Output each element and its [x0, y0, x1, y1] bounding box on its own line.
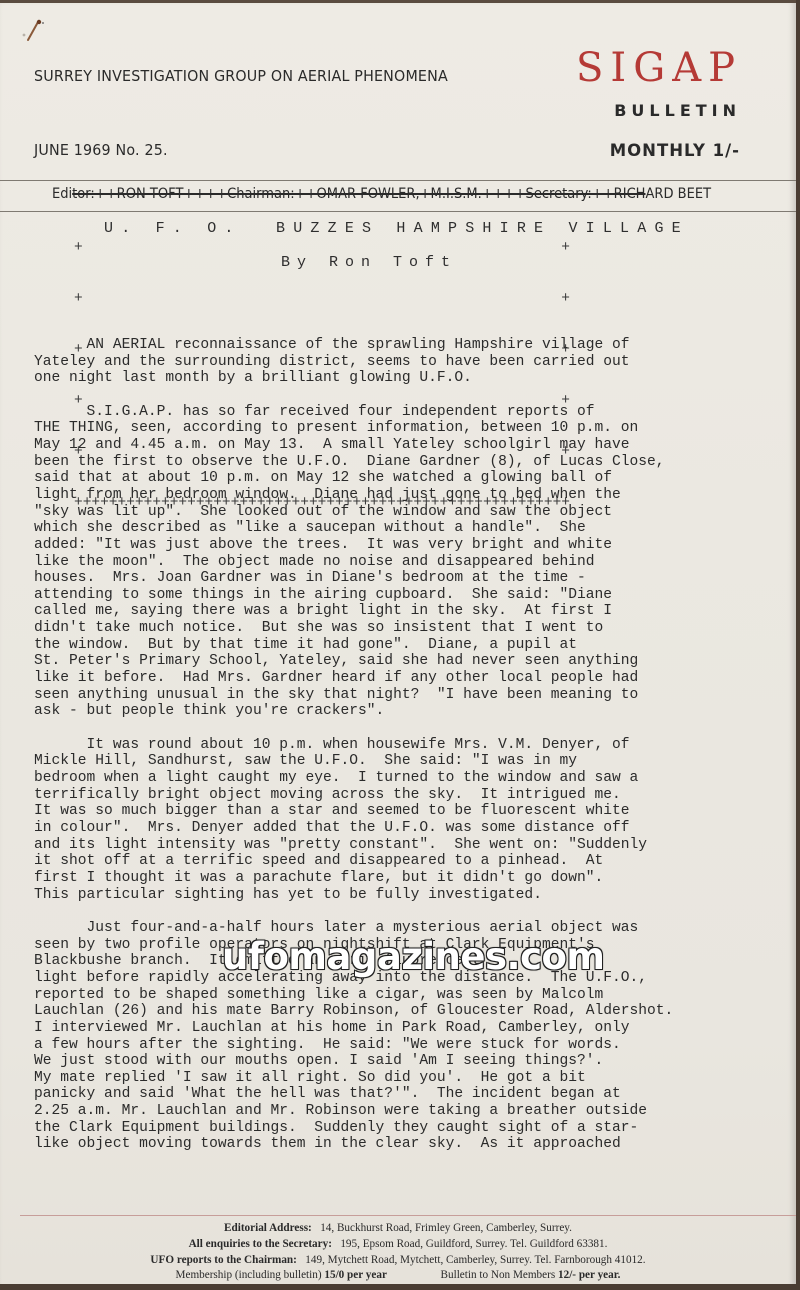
nonmember-text: Bulletin to Non Members: [441, 1269, 556, 1281]
bulletin-page: SURREY INVESTIGATION GROUP ON AERIAL PHE…: [0, 0, 796, 1290]
article-body: AN AERIAL reconnaissance of the sprawlin…: [34, 337, 774, 1170]
officers-struck-text: tor:++RON TOFT++++Chairman:++OMAR FOWLER…: [72, 186, 645, 202]
editor-label: Edi: [52, 186, 72, 202]
secretary-name-tail: ARD BEET: [645, 186, 711, 202]
membership-text: Membership (including bulletin): [176, 1269, 322, 1281]
article-headline: U. F. O. BUZZES HAMPSHIRE VILLAGE: [104, 220, 689, 237]
footer-label: All enquiries to the Secretary:: [189, 1238, 332, 1250]
footer-label: Editorial Address:: [224, 1222, 312, 1234]
bulletin-subtitle: BULLETIN: [614, 101, 741, 120]
nonmember-fee: 12/- per year.: [558, 1269, 620, 1281]
page-top-edge: [0, 0, 800, 3]
ink-stain-mark: [20, 18, 46, 46]
article-paragraph: S.I.G.A.P. has so far received four inde…: [34, 404, 774, 720]
article-paragraph: AN AERIAL reconnaissance of the sprawlin…: [34, 337, 774, 387]
footer-line-secretary: All enquiries to the Secretary: 195, Eps…: [0, 1237, 796, 1253]
footer-label: UFO reports to the Chairman:: [150, 1254, 296, 1266]
membership-fee: 15/0 per year: [324, 1269, 387, 1281]
officers-line: Editor:++RON TOFT++++Chairman:++OMAR FOW…: [52, 186, 711, 202]
page-right-edge: [796, 0, 800, 1290]
footer-text: 149, Mytchett Road, Mytchett, Camberley,…: [305, 1254, 645, 1266]
footer-text: 195, Epsom Road, Guildford, Surrey. Tel.…: [340, 1238, 607, 1250]
footer-line-editorial: Editorial Address: 14, Buckhurst Road, F…: [0, 1221, 796, 1237]
website-watermark: ufomagazines.com: [222, 938, 604, 975]
footer-divider: [20, 1215, 796, 1216]
price-label: MONTHLY 1/-: [610, 141, 740, 160]
article-byline: By Ron Toft: [281, 254, 457, 271]
organization-name: SURREY INVESTIGATION GROUP ON AERIAL PHE…: [34, 67, 448, 85]
masthead-divider-top: [0, 180, 796, 181]
footer-line-chairman: UFO reports to the Chairman: 149, Mytche…: [0, 1253, 796, 1269]
footer-text: 14, Buckhurst Road, Frimley Green, Cambe…: [320, 1222, 572, 1234]
box-border-line: + +: [74, 291, 570, 308]
footer-line-membership: Membership (including bulletin) 15/0 per…: [0, 1268, 796, 1284]
page-bottom-edge: [0, 1284, 800, 1290]
footer-contact-info: Editorial Address: 14, Buckhurst Road, F…: [0, 1221, 796, 1284]
sigap-logo: SIGAP: [576, 48, 742, 88]
article-paragraph: It was round about 10 p.m. when housewif…: [34, 737, 774, 904]
issue-date-number: JUNE 1969 No. 25.: [34, 141, 168, 159]
